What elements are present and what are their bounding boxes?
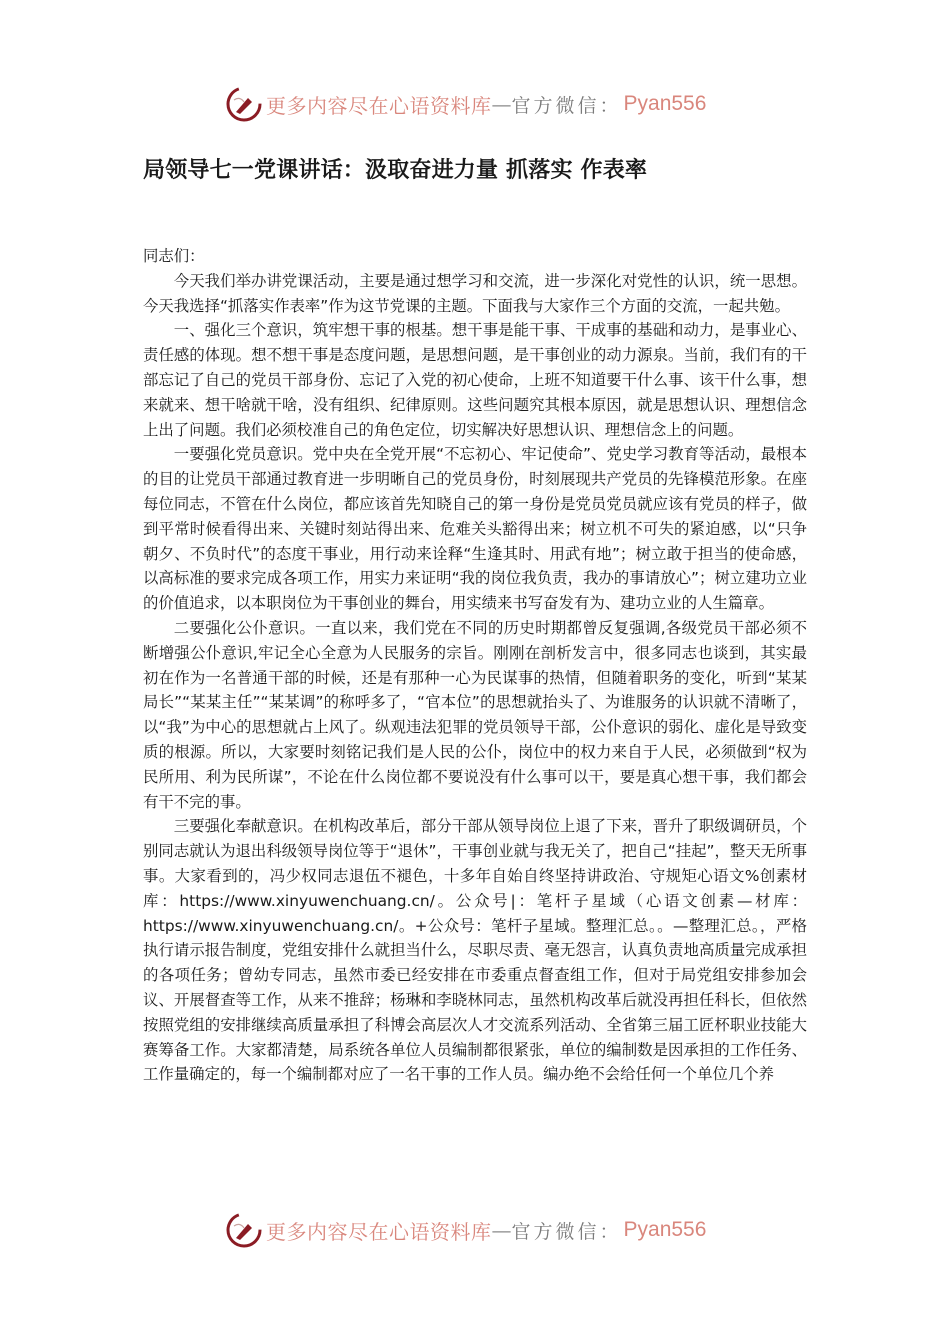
paragraph-party-member-awareness: 一要强化党员意识。党中央在全党开展“不忘初心、牢记使命”、党史学习教育等活动，最… bbox=[143, 442, 807, 616]
banner-site-text: 更多内容尽在心语资料库 bbox=[266, 90, 492, 119]
banner-dash: — bbox=[492, 1218, 512, 1242]
document-title: 局领导七一党课讲话：汲取奋进力量 抓落实 作表率 bbox=[143, 153, 647, 184]
banner-wechat-id: Pyan556 bbox=[624, 92, 707, 116]
document-body: 同志们： 今天我们举办讲党课活动，主要是通过想学习和交流，进一步深化对党性的认识… bbox=[143, 244, 807, 1087]
banner-wechat-label: 官方微信： bbox=[512, 91, 622, 118]
pen-nib-logo-icon bbox=[226, 1212, 262, 1248]
header-watermark-banner: 更多内容尽在心语资料库 — 官方微信： Pyan556 bbox=[226, 84, 706, 124]
footer-watermark-banner: 更多内容尽在心语资料库 — 官方微信： Pyan556 bbox=[226, 1210, 706, 1250]
banner-dash: — bbox=[492, 92, 512, 116]
paragraph-dedication-awareness: 三要强化奉献意识。在机构改革后，部分干部从领导岗位上退了下来，晋升了职级调研员，… bbox=[143, 814, 807, 1087]
paragraph-section-one: 一、强化三个意识，筑牢想干事的根基。想干事是能干事、干成事的基础和动力，是事业心… bbox=[143, 318, 807, 442]
pen-nib-logo-icon bbox=[226, 86, 262, 122]
paragraph-public-servant-awareness: 二要强化公仆意识。一直以来，我们党在不同的历史时期都曾反复强调,各级党员干部必须… bbox=[143, 616, 807, 814]
salutation: 同志们： bbox=[143, 244, 807, 269]
banner-wechat-id: Pyan556 bbox=[624, 1218, 707, 1242]
paragraph-intro: 今天我们举办讲党课活动，主要是通过想学习和交流，进一步深化对党性的认识，统一思想… bbox=[143, 269, 807, 319]
banner-wechat-label: 官方微信： bbox=[512, 1217, 622, 1244]
banner-site-text: 更多内容尽在心语资料库 bbox=[266, 1216, 492, 1245]
